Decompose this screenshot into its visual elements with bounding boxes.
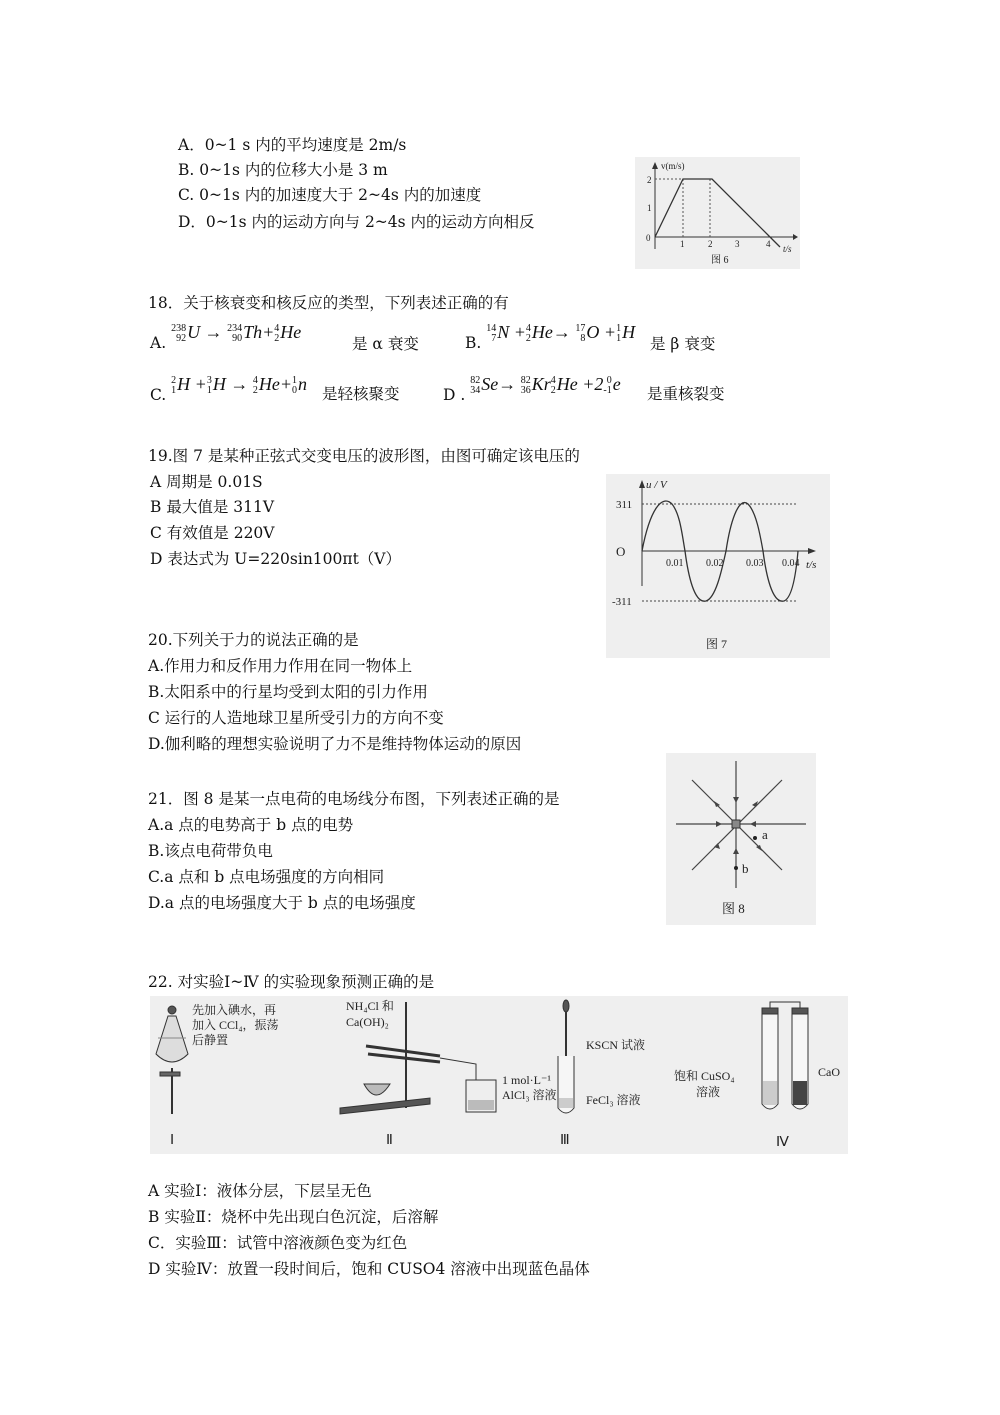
connected-tubes-icon <box>762 1002 808 1109</box>
svg-text:FeCl₃ 溶液: FeCl₃ 溶液 <box>586 1092 641 1107</box>
q20-option-a: A.作用力和反作用力作用在同一物体上 <box>148 656 412 676</box>
q20-stem: 20.下列关于力的说法正确的是 <box>148 630 359 650</box>
svg-text:KSCN 试液: KSCN 试液 <box>586 1037 645 1052</box>
svg-text:先加入碘水，再: 先加入碘水，再 <box>192 1002 276 1017</box>
q21-option-d: D.a 点的电场强度大于 b 点的电场强度 <box>148 893 416 913</box>
point-a-label: a <box>762 827 768 842</box>
equation-a: 23892U → 23490Th+42He <box>171 322 301 344</box>
figure-8-field-lines: a b 图 8 <box>666 753 816 925</box>
q22-option-a: A 实验Ⅰ：液体分层，下层呈无色 <box>148 1181 372 1201</box>
exp-ii-label: Ⅱ <box>386 1133 393 1148</box>
q21-option-c: C.a 点和 b 点电场强度的方向相同 <box>148 867 384 887</box>
separatory-funnel-icon <box>156 1006 188 1114</box>
q22-option-b: B 实验Ⅱ：烧杯中先出现白色沉淀，后溶解 <box>148 1207 438 1227</box>
svg-text:3: 3 <box>735 239 740 249</box>
q22-option-d: D 实验Ⅳ：放置一段时间后，饱和 CUSO4 溶液中出现蓝色晶体 <box>148 1259 590 1279</box>
point-b-label: b <box>742 861 749 876</box>
svg-text:AlCl₃ 溶液: AlCl₃ 溶液 <box>502 1087 557 1102</box>
q20-option-c: C 运行的人造地球卫星所受引力的方向不变 <box>148 708 444 728</box>
svg-text:311: 311 <box>616 499 632 511</box>
q19-option-a: A 周期是 0.01S <box>150 472 263 492</box>
y-axis-label: u / V <box>646 479 668 491</box>
y-axis-label: v(m/s) <box>661 161 685 171</box>
q21-option-b: B.该点电荷带负电 <box>148 841 273 861</box>
q18-stem: 18．关于核衰变和核反应的类型，下列表述正确的有 <box>148 293 509 313</box>
exp-iv-label: Ⅳ <box>776 1135 789 1150</box>
equation-d: 8234Se→ 8236Kr42He +20-1e <box>470 374 621 396</box>
equation-c: 21H +31H → 42He+10n <box>171 374 307 396</box>
q21-stem: 21．图 8 是某一点电荷的电场线分布图，下列表述正确的是 <box>148 789 559 809</box>
svg-text:1: 1 <box>647 203 652 213</box>
q19-option-d: D 表达式为 U=220sin100πt（V） <box>150 549 401 569</box>
svg-text:-311: -311 <box>612 596 632 608</box>
svg-text:0.04: 0.04 <box>782 558 800 569</box>
q19-option-c: C 有效值是 220V <box>150 523 275 543</box>
svg-text:加入 CCl₄，振荡: 加入 CCl₄，振荡 <box>192 1017 279 1032</box>
q20-option-b: B.太阳系中的行星均受到太阳的引力作用 <box>148 682 428 702</box>
svg-text:0.01: 0.01 <box>666 558 684 569</box>
svg-text:CaO: CaO <box>818 1065 840 1079</box>
svg-text:2: 2 <box>647 175 652 185</box>
svg-text:后静置: 后静置 <box>192 1032 228 1047</box>
svg-text:NH₄Cl 和: NH₄Cl 和 <box>346 999 394 1013</box>
svg-text:O: O <box>616 544 625 559</box>
q17-option-c: C. 0~1s 内的加速度大于 2~4s 内的加速度 <box>178 185 481 205</box>
test-tube-dropper-icon <box>558 1000 574 1113</box>
figure-experiments: 先加入碘水，再 加入 CCl₄，振荡 后静置 Ⅰ NH₄Cl 和 Ca(OH)₂… <box>150 996 848 1154</box>
x-axis-label: t/s <box>783 244 792 254</box>
q20-option-d: D.伽利略的理想实验说明了力不是维持物体运动的原因 <box>148 734 521 754</box>
svg-text:1 mol·L⁻¹: 1 mol·L⁻¹ <box>502 1073 551 1087</box>
svg-text:溶液: 溶液 <box>696 1084 720 1099</box>
figure-caption: 图 6 <box>711 254 729 266</box>
svg-text:0.03: 0.03 <box>746 558 764 569</box>
svg-text:4: 4 <box>766 239 771 249</box>
exp-iii-label: Ⅲ <box>560 1133 570 1148</box>
figure-7-sine-wave: u / V 311 O -311 0.01 0.02 0.03 0.04 t/s… <box>606 474 830 658</box>
figure-6-vt-graph: v(m/s) t/s 0 1 2 1 2 3 4 图 6 <box>635 157 800 269</box>
svg-text:2: 2 <box>708 239 713 249</box>
q22-option-c: C．实验Ⅲ：试管中溶液颜色变为红色 <box>148 1233 407 1253</box>
figure-caption: 图 8 <box>722 901 745 916</box>
exp-i-label: Ⅰ <box>170 1133 174 1148</box>
svg-text:饱和 CuSO₄: 饱和 CuSO₄ <box>674 1068 735 1083</box>
q17-option-a: A．0~1 s 内的平均速度是 2m/s <box>178 135 406 155</box>
q17-option-b: B. 0~1s 内的位移大小是 3 m <box>178 160 388 180</box>
q22-stem: 22. 对实验Ⅰ~Ⅳ 的实验现象预测正确的是 <box>148 972 434 992</box>
figure-caption: 图 7 <box>706 637 727 651</box>
q21-option-a: A.a 点的电势高于 b 点的电势 <box>148 815 353 835</box>
x-axis-label: t/s <box>806 559 816 571</box>
equation-b: 147N +42He→ 178O +11H <box>486 322 635 344</box>
svg-text:0.02: 0.02 <box>706 558 724 569</box>
svg-text:1: 1 <box>680 239 685 249</box>
q17-option-d: D．0~1s 内的运动方向与 2~4s 内的运动方向相反 <box>178 212 535 232</box>
q19-option-b: B 最大值是 311V <box>150 497 274 517</box>
svg-text:Ca(OH)₂: Ca(OH)₂ <box>346 1015 389 1029</box>
q19-stem: 19.图 7 是某种正弦式交变电压的波形图，由图可确定该电压的 <box>148 446 580 466</box>
svg-text:0: 0 <box>646 233 651 243</box>
